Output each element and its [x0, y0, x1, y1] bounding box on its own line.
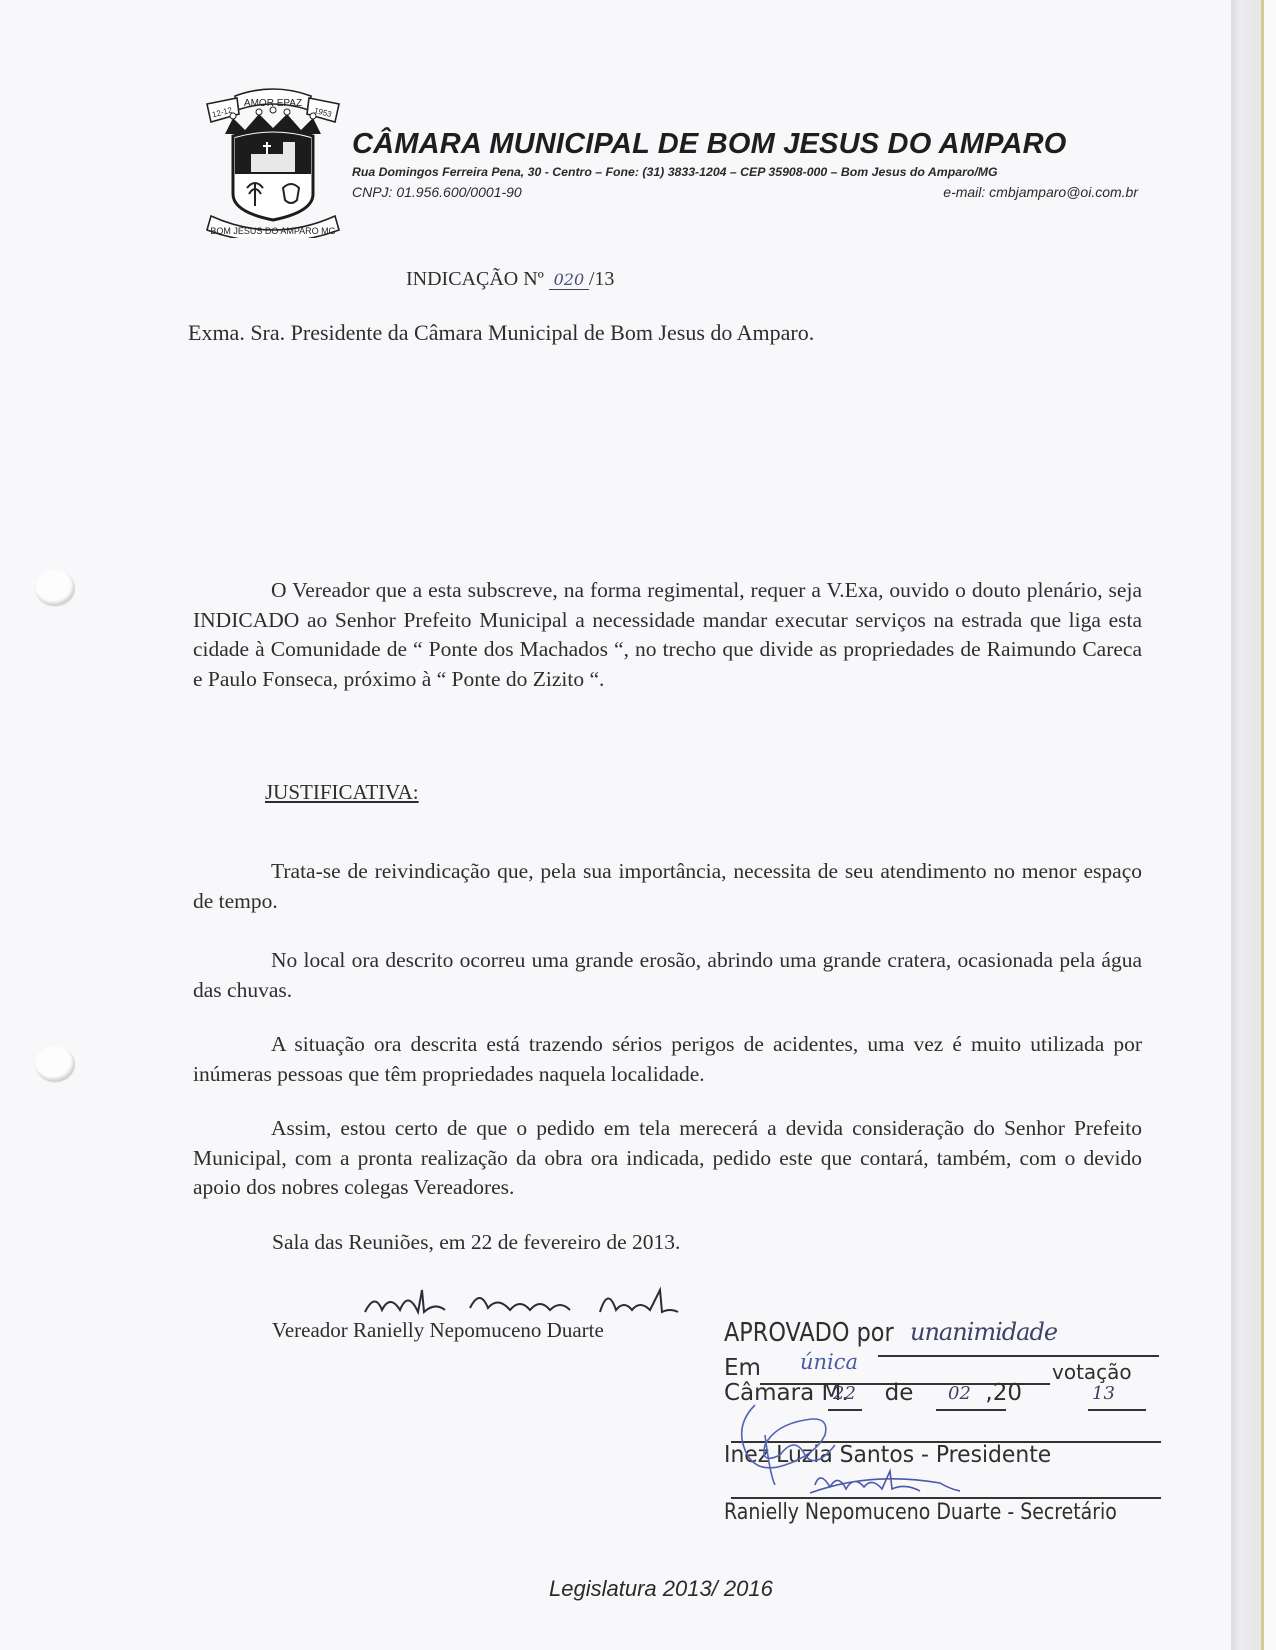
closing-date: Sala das Reuniões, em 22 de fevereiro de… — [272, 1230, 680, 1255]
justification-paragraph: No local ora descrito ocorreu uma grande… — [193, 946, 1142, 1005]
indicacao-suffix: /13 — [589, 268, 615, 290]
em-value-handwritten: única — [800, 1350, 858, 1374]
month-handwritten: 02 — [948, 1383, 971, 1404]
em-label: Em — [724, 1355, 761, 1381]
background-strip — [1264, 0, 1276, 1650]
document-page — [0, 0, 1231, 1650]
secretary-name: Ranielly Nepomuceno Duarte - Secretário — [724, 1500, 1117, 1525]
approval-underline — [878, 1355, 1159, 1357]
punch-hole — [35, 570, 75, 606]
municipal-coat-of-arms-icon: AMOR EPAZ 12-12 1953 BOM JESUS DO AMPARO… — [203, 84, 343, 238]
justification-paragraph: Trata-se de reivindicação que, pela sua … — [193, 857, 1142, 916]
month-underline — [936, 1409, 1006, 1411]
indicacao-title: INDICAÇÃO Nº 020/13 — [406, 268, 614, 291]
svg-text:BOM JESUS DO AMPARO MG: BOM JESUS DO AMPARO MG — [210, 226, 335, 236]
page-edge-shadow — [1231, 0, 1261, 1650]
justification-paragraph: A situação ora descrita está trazendo sé… — [193, 1030, 1142, 1089]
signatory-name: Vereador Ranielly Nepomuceno Duarte — [272, 1318, 604, 1343]
indicacao-number-handwritten: 020 — [549, 271, 589, 290]
votacao-label: votação — [1052, 1360, 1132, 1384]
indicacao-label: INDICAÇÃO Nº — [406, 268, 544, 290]
justificativa-heading: JUSTIFICATIVA: — [265, 780, 419, 805]
year-underline — [1088, 1409, 1146, 1411]
punch-hole — [35, 1046, 75, 1082]
org-email: e-mail: cmbjamparo@oi.com.br — [943, 184, 1138, 200]
year-prefix: ,20 — [985, 1380, 1022, 1406]
addressee: Exma. Sra. Presidente da Câmara Municipa… — [188, 320, 814, 346]
legislatura-footer: Legislatura 2013/ 2016 — [549, 1576, 773, 1602]
org-cnpj: CNPJ: 01.956.600/0001-90 — [352, 184, 522, 200]
year-handwritten: 13 — [1092, 1383, 1115, 1404]
approval-label: APROVADO por — [724, 1318, 894, 1348]
justification-paragraph: Assim, estou certo de que o pedido em te… — [193, 1114, 1142, 1203]
secretary-signature — [810, 1465, 960, 1500]
approval-value-handwritten: unanimidade — [910, 1318, 1057, 1346]
request-paragraph: O Vereador que a esta subscreve, na form… — [193, 576, 1142, 694]
vereador-signature — [360, 1282, 690, 1322]
org-address: Rua Domingos Ferreira Pena, 30 - Centro … — [352, 165, 998, 179]
org-title: CÂMARA MUNICIPAL DE BOM JESUS DO AMPARO — [352, 128, 1067, 161]
